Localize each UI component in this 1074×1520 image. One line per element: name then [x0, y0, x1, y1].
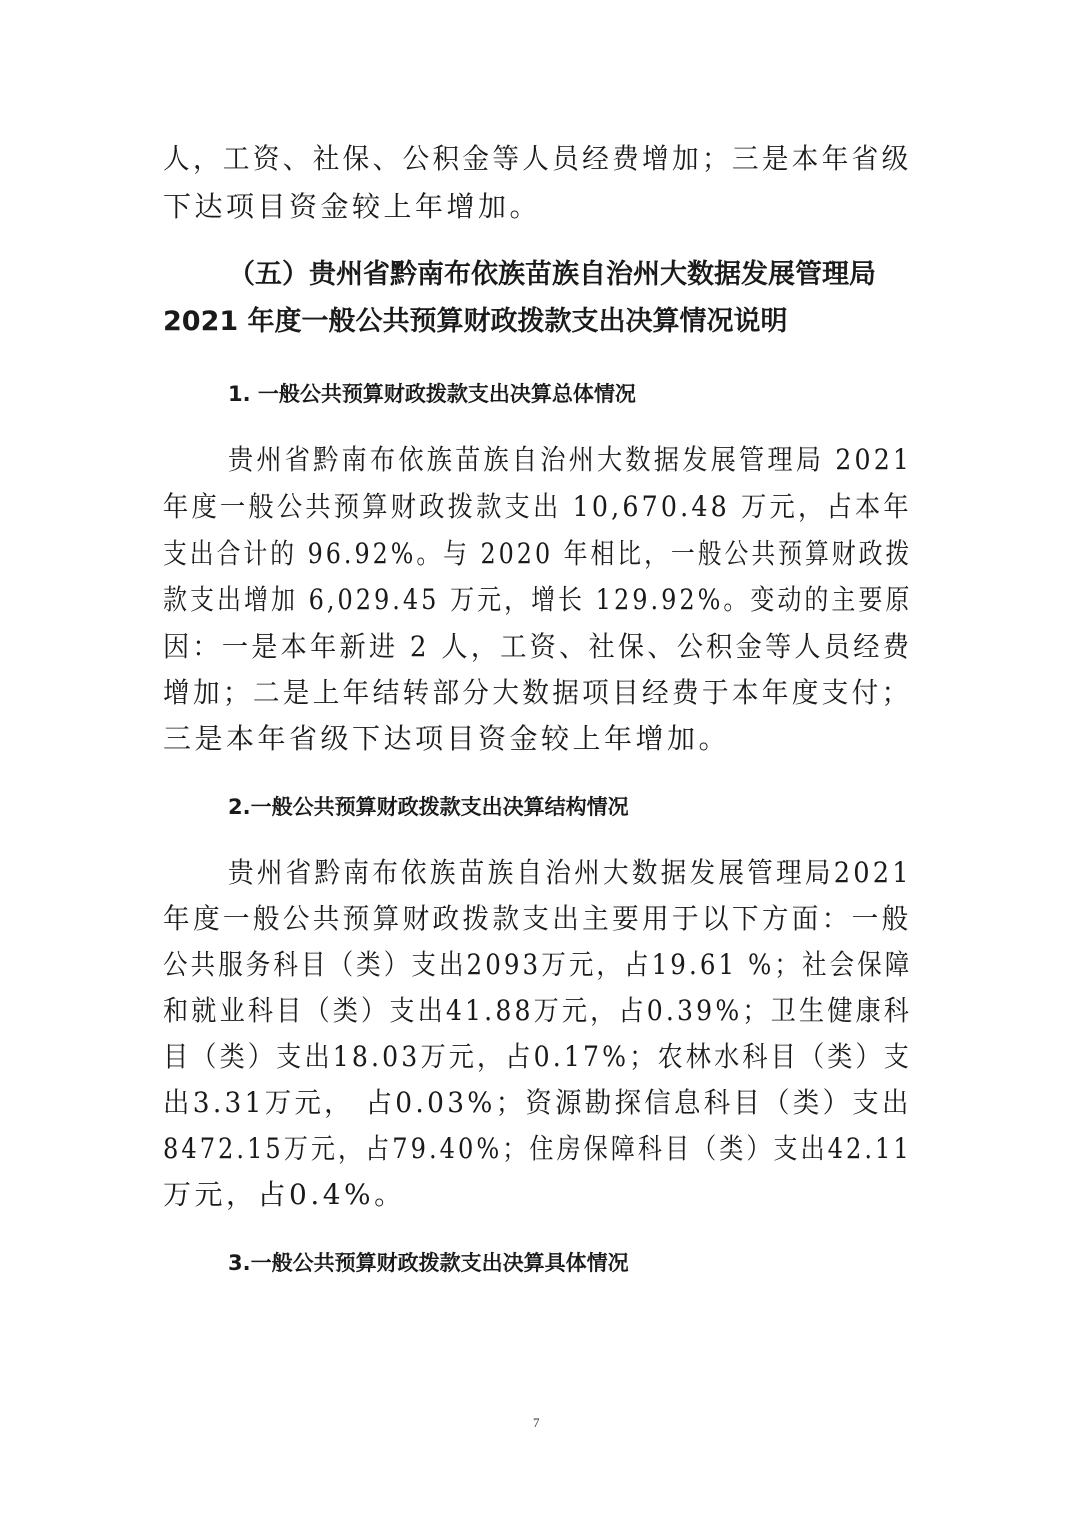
page-number: 7 [533, 1415, 540, 1431]
paragraph-line: 因：一是本年新进 2 人，工资、社保、公积金等人员经费 [163, 630, 912, 664]
section-title: （五）贵州省黔南布依族苗族自治州大数据发展管理局 [228, 258, 876, 292]
paragraph-line: 万元，占0.4%。 [163, 1178, 406, 1212]
paragraph-line: 贵州省黔南布依族苗族自治州大数据发展管理局2021 [228, 856, 912, 890]
paragraph-line: 人，工资、社保、公积金等人员经费增加；三是本年省级 [163, 142, 912, 176]
paragraph-line: 年度一般公共预算财政拨款支出主要用于以下方面：一般 [163, 902, 912, 936]
subsection-heading-3: 3.一般公共预算财政拨款支出决算具体情况 [228, 1246, 629, 1280]
paragraph-line: 下达项目资金较上年增加。 [163, 190, 541, 224]
paragraph-line: 款支出增加 6,029.45 万元，增长 129.92%。变动的主要原 [163, 583, 912, 617]
paragraph-line: 目（类）支出18.03万元，占0.17%；农林水科目（类）支 [163, 1040, 912, 1074]
paragraph-line: 和就业科目（类）支出41.88万元，占0.39%；卫生健康科 [163, 994, 912, 1028]
paragraph-line: 公共服务科目（类）支出2093万元，占19.61 %；社会保障 [163, 948, 912, 982]
subsection-heading-1: 1. 一般公共预算财政拨款支出决算总体情况 [228, 377, 636, 411]
paragraph-line: 出3.31万元， 占0.03%；资源勘探信息科目（类）支出 [163, 1086, 912, 1120]
section-title: 2021 年度一般公共预算财政拨款支出决算情况说明 [163, 305, 788, 339]
paragraph-line: 支出合计的 96.92%。与 2020 年相比，一般公共预算财政拨 [163, 537, 912, 571]
paragraph-line: 8472.15万元，占79.40%；住房保障科目（类）支出42.11 [163, 1132, 912, 1166]
subsection-heading-2: 2.一般公共预算财政拨款支出决算结构情况 [228, 790, 629, 824]
paragraph-line: 年度一般公共预算财政拨款支出 10,670.48 万元，占本年 [163, 490, 912, 524]
paragraph-line: 三是本年省级下达项目资金较上年增加。 [163, 722, 730, 756]
paragraph-line: 贵州省黔南布依族苗族自治州大数据发展管理局 2021 [228, 443, 912, 477]
paragraph-line: 增加；二是上年结转部分大数据项目经费于本年度支付； [163, 676, 912, 710]
